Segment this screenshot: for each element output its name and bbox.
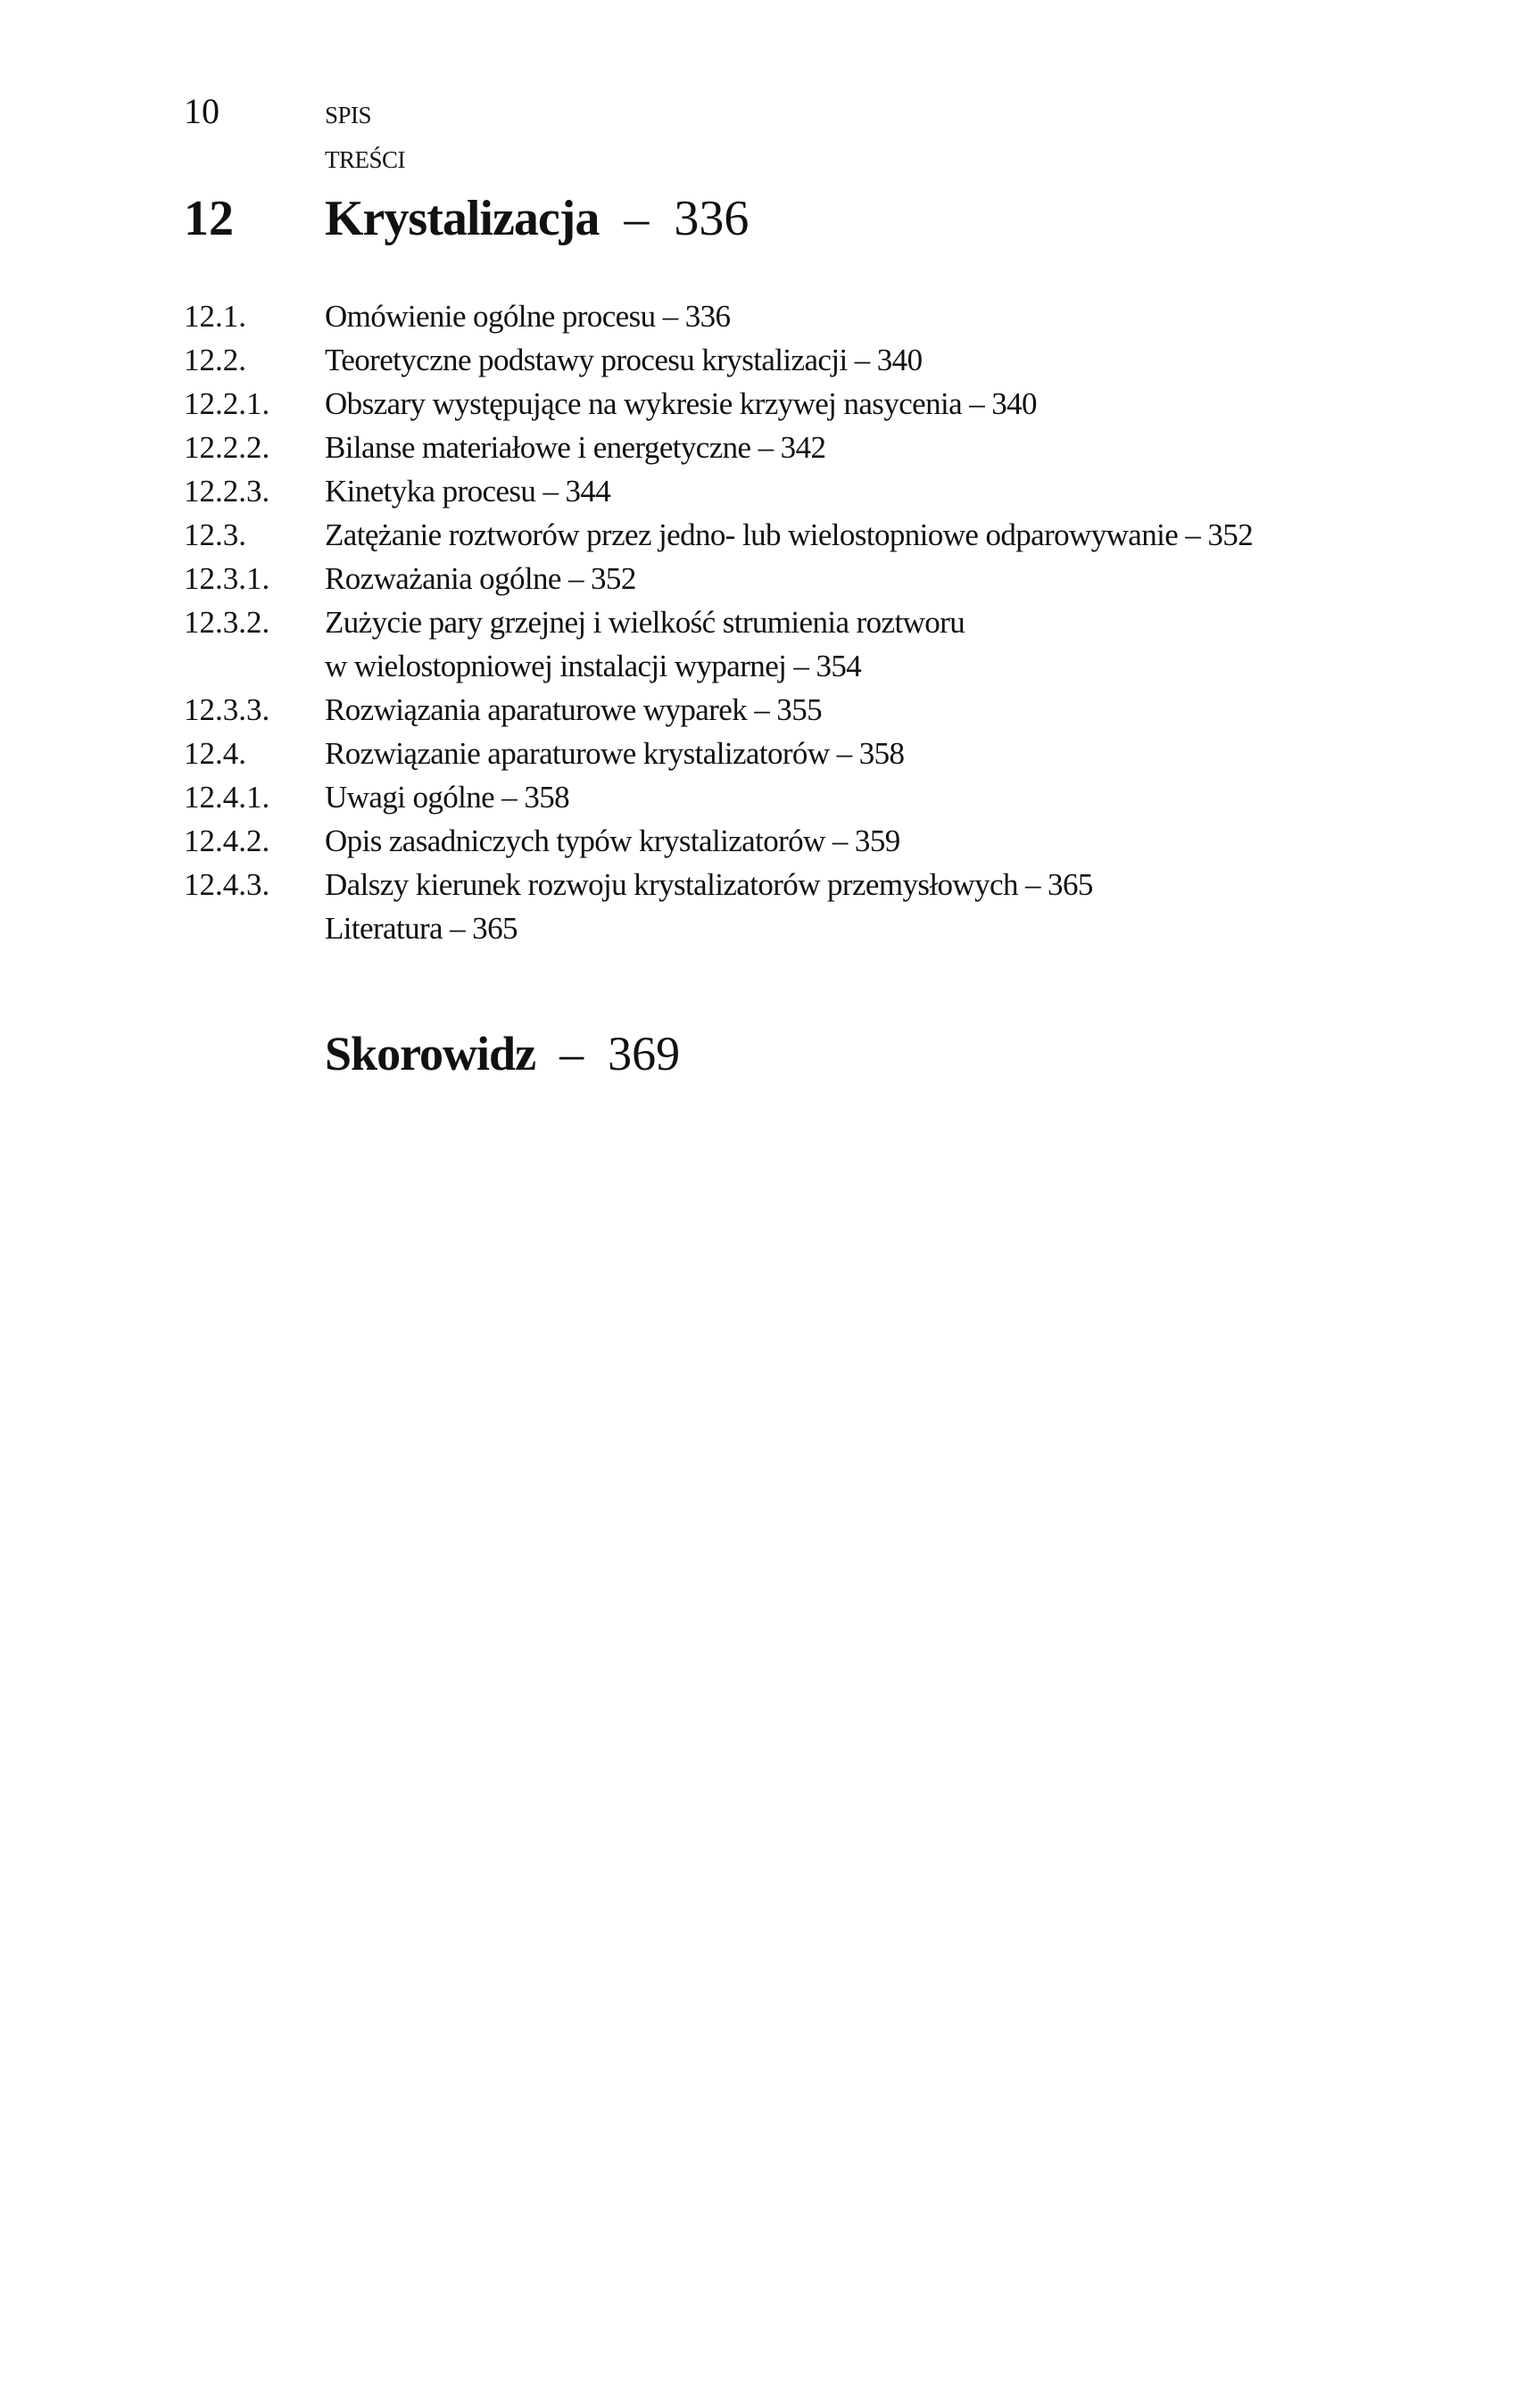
toc-entry-number: 12.3.3. (184, 688, 269, 732)
toc-entry-number: 12.2.3. (184, 469, 269, 513)
chapter-title-line: Krystalizacja – 336 (325, 187, 749, 250)
toc-entry-title: Kinetyka procesu – 344 (325, 469, 610, 513)
toc-entry: 12.3.3.Rozwiązania aparaturowe wyparek –… (184, 688, 1433, 732)
toc-entry: 12.4.3.Dalszy kierunek rozwoju krystaliz… (184, 863, 1433, 906)
toc-entry-number: 12.3. (184, 513, 246, 557)
chapter-separator: – (624, 191, 649, 246)
chapter-page: 336 (674, 191, 749, 246)
index-title: Skorowidz (325, 1027, 535, 1080)
toc-entry-number: 12.3.1. (184, 557, 269, 600)
toc-entry: 12.3.1.Rozważania ogólne – 352 (184, 557, 1433, 600)
chapter-title: Krystalizacja (325, 191, 599, 246)
running-head-title: SPIS TREŚCI (325, 93, 405, 182)
index-heading: Skorowidz – 369 (325, 1022, 680, 1085)
toc-entry-number: 12.4.2. (184, 819, 269, 863)
index-page: 369 (608, 1027, 680, 1080)
toc-entry: 12.1.Omówienie ogólne procesu – 336 (184, 294, 1433, 338)
chapter-number: 12 (184, 187, 234, 250)
toc-entry: 12.4.1.Uwagi ogólne – 358 (184, 775, 1433, 819)
toc-entry-title: Zużycie pary grzejnej i wielkość strumie… (325, 600, 965, 644)
toc-entry-title: Zatężanie roztworów przez jedno- lub wie… (325, 513, 1253, 557)
toc-entry: 12.3.Zatężanie roztworów przez jedno- lu… (184, 513, 1433, 557)
toc-entry: 12.2.1.Obszary występujące na wykresie k… (184, 382, 1433, 426)
toc-entry: 12.2.3.Kinetyka procesu – 344 (184, 469, 1433, 513)
toc-entry-title: Bilanse materiałowe i energetyczne – 342 (325, 426, 825, 469)
toc-entry: 12.4.2.Opis zasadniczych typów krystaliz… (184, 819, 1433, 863)
toc-list: 12.1.Omówienie ogólne procesu – 33612.2.… (184, 294, 1433, 950)
toc-entry-title: Dalszy kierunek rozwoju krystalizatorów … (325, 863, 1093, 906)
toc-entry-number: 12.2.1. (184, 382, 269, 426)
toc-entry-number: 12.2. (184, 338, 246, 382)
toc-entry-number: 12.4. (184, 732, 246, 775)
toc-entry-number: 12.3.2. (184, 600, 269, 644)
toc-entry: 12.2.2.Bilanse materiałowe i energetyczn… (184, 426, 1433, 469)
toc-entry-title: w wielostopniowej instalacji wyparnej – … (325, 644, 861, 688)
toc-entry-title: Opis zasadniczych typów krystalizatorów … (325, 819, 900, 863)
toc-entry-title: Uwagi ogólne – 358 (325, 775, 569, 819)
toc-entry: Literatura – 365 (184, 906, 1433, 950)
toc-entry-title: Teoretyczne podstawy procesu krystalizac… (325, 338, 922, 382)
toc-entry-title: Obszary występujące na wykresie krzywej … (325, 382, 1037, 426)
toc-entry-number: 12.2.2. (184, 426, 269, 469)
index-separator: – (559, 1027, 584, 1080)
toc-entry-title: Rozwiązanie aparaturowe krystalizatorów … (325, 732, 904, 775)
toc-entry: 12.2.Teoretyczne podstawy procesu krysta… (184, 338, 1433, 382)
toc-entry-title: Literatura – 365 (325, 906, 518, 950)
toc-entry-title: Rozważania ogólne – 352 (325, 557, 636, 600)
toc-entry-number: 12.1. (184, 294, 246, 338)
page-number: 10 (184, 89, 219, 134)
toc-entry-title: Rozwiązania aparaturowe wyparek – 355 (325, 688, 822, 732)
toc-entry-number: 12.4.1. (184, 775, 269, 819)
toc-entry: w wielostopniowej instalacji wyparnej – … (184, 644, 1433, 688)
document-page: 10 SPIS TREŚCI 12 Krystalizacja – 336 12… (0, 0, 1524, 2408)
toc-entry-number: 12.4.3. (184, 863, 269, 906)
toc-entry-title: Omówienie ogólne procesu – 336 (325, 294, 730, 338)
toc-entry: 12.4.Rozwiązanie aparaturowe krystalizat… (184, 732, 1433, 775)
toc-entry: 12.3.2.Zużycie pary grzejnej i wielkość … (184, 600, 1433, 644)
